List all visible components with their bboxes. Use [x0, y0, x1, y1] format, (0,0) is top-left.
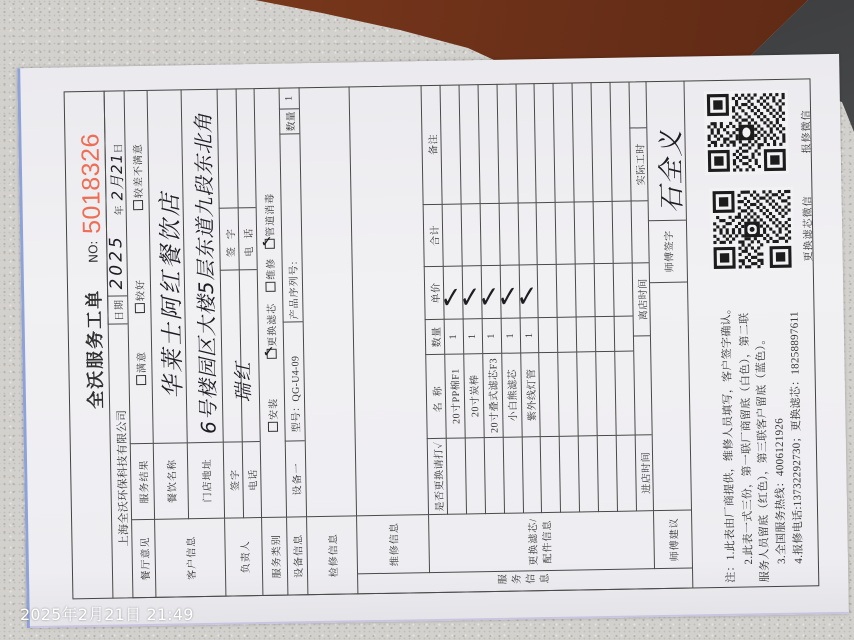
name-cell	[558, 352, 578, 436]
total-cell	[498, 204, 518, 266]
replace-cell	[446, 438, 466, 514]
contact-section-label: 负责人	[224, 518, 262, 597]
note-cell	[496, 84, 517, 204]
qty-cell: 1	[463, 319, 482, 354]
option-pipe-disinfection: ✓ 管道消毒	[261, 193, 277, 249]
unit-price-cell	[556, 265, 576, 318]
work-hours-value	[629, 81, 647, 128]
handwritten-contact-signature: 瑞红	[228, 360, 256, 402]
qty-cell	[614, 317, 633, 352]
leave-time-label: 离店时间	[632, 263, 650, 336]
option-label: 较差不满意	[129, 143, 145, 198]
store-address-value: 6号楼园区大楼5层东道九段东北角	[181, 89, 223, 444]
name-cell	[539, 353, 559, 437]
serial-number-label: NO:	[86, 241, 100, 264]
note-line-4: 3.全国服务热线：4006121926	[770, 418, 789, 564]
serial-number: 5018326	[76, 133, 107, 234]
checkbox-icon	[265, 282, 275, 292]
unit-price-cell	[575, 264, 595, 317]
arrive-time-label: 进店时间	[635, 435, 653, 511]
repair-value	[349, 85, 428, 516]
unit-price-cell: ✓	[518, 265, 538, 318]
total-cell	[517, 203, 537, 265]
header-qty: 数量	[425, 320, 445, 355]
arrive-time-value	[633, 336, 652, 435]
total-cell	[574, 202, 594, 264]
service-type-label: 服务类别	[261, 518, 287, 596]
total-cell	[555, 203, 575, 265]
replace-cell	[521, 437, 541, 513]
total-cell	[479, 204, 499, 266]
name-cell: 小白熊滤芯	[501, 353, 521, 437]
handwritten-store-address: 6号楼园区大楼5层东道九段东北角	[187, 112, 222, 434]
service-info-text: 服务信息	[497, 573, 553, 589]
name-cell: 紫外线灯管	[520, 353, 540, 437]
name-cell	[576, 352, 596, 436]
date-label: 日期	[107, 296, 127, 324]
name-cell: 20寸炭棒	[463, 354, 483, 438]
work-hours-label: 实际工时	[629, 128, 647, 201]
name-cell	[614, 352, 634, 436]
note-cell	[477, 84, 498, 204]
qty-cell: 1	[519, 318, 538, 353]
feedback-section-label: 餐厅意见	[131, 520, 155, 598]
header-replace: 是否更换请打✓	[427, 439, 447, 515]
parts-table: 是否更换请打✓ 名称 数量 单价 合计 备注 20寸PP棉F1 1 ✓ 20寸炭…	[421, 82, 636, 516]
option-install: 安装	[264, 398, 280, 432]
header-total: 合计	[423, 205, 443, 267]
technician-advice-label: 师傅建议	[653, 511, 692, 570]
qr-code-icon	[704, 90, 789, 175]
contact-sign-value-2	[217, 88, 238, 208]
total-cell	[612, 202, 632, 264]
contact-phone-label-2: 电话	[238, 208, 257, 270]
option-label: 维修	[262, 258, 277, 280]
technician-advice-value	[649, 283, 691, 512]
parts-section-label-line1: 更换滤芯/	[527, 518, 542, 566]
inspection-value	[299, 86, 356, 517]
replace-cell	[465, 438, 485, 514]
option-poor: 较差不满意	[129, 143, 145, 210]
note-cell	[534, 83, 555, 203]
parts-section-label-line2: 配件信息	[541, 519, 556, 563]
checkbox-icon: ✓	[266, 349, 276, 359]
device-model: 型号：QG-U4-09	[283, 322, 305, 441]
total-cell	[442, 204, 462, 266]
checkbox-icon	[267, 422, 277, 432]
note-cell	[515, 83, 536, 203]
day-unit: 日	[109, 142, 124, 153]
replace-cell	[597, 436, 617, 512]
name-cell	[595, 352, 615, 436]
qty-cell	[557, 318, 576, 353]
checkbox-icon	[136, 375, 146, 385]
work-order-paper: 全沃服务工单 NO: 5018326 上海全沃环保科技有限公司 日期 2025 …	[17, 54, 849, 628]
note-cell	[553, 83, 574, 203]
header-name: 名称	[425, 355, 445, 439]
option-good: 较好	[131, 279, 147, 313]
service-result-label: 服务结果	[130, 444, 154, 520]
handwritten-check-icon: ✓	[516, 279, 538, 315]
contact-phone-label: 电话	[242, 442, 261, 518]
replace-cell	[578, 436, 598, 512]
option-satisfied: 满意	[133, 351, 149, 385]
qty-cell	[576, 317, 595, 352]
repair-section-label: 维修信息	[356, 515, 429, 574]
check-mark-icon: ✓	[262, 342, 275, 360]
checkbox-icon	[134, 303, 144, 313]
leave-time-value	[631, 201, 649, 263]
note-cell	[440, 85, 461, 205]
option-repair: 维修	[262, 258, 278, 292]
qty-cell: 1	[481, 319, 500, 354]
unit-price-cell	[594, 264, 614, 317]
option-label: 更换滤芯	[263, 303, 279, 347]
inspection-section-label: 检修信息	[306, 516, 357, 595]
option-replace-filter: ✓ 更换滤芯	[263, 303, 279, 359]
qty-cell: 1	[500, 318, 519, 353]
option-label: 安装	[264, 398, 279, 420]
replace-cell	[540, 437, 560, 513]
qr-code-icon	[709, 187, 794, 272]
header-note: 备注	[421, 85, 442, 205]
photo-timestamp: 2025年2月21日 21:49	[20, 602, 194, 625]
note-cell	[610, 82, 631, 202]
form-title: 全沃服务工单	[80, 289, 108, 409]
check-mark-icon: ✓	[260, 232, 273, 250]
qty-cell: 1	[444, 319, 463, 354]
option-label: 管道消毒	[261, 193, 277, 237]
year-unit: 年	[111, 204, 126, 215]
note-cell	[591, 82, 612, 202]
device-section-label: 设备信息	[286, 517, 307, 595]
total-cell	[536, 203, 556, 265]
checkbox-icon: ✓	[264, 239, 274, 249]
total-cell	[461, 204, 481, 266]
parts-section-label: 更换滤芯/ 配件信息	[428, 511, 654, 573]
unit-price-cell	[537, 265, 557, 318]
device-quantity-value: 1	[279, 87, 299, 109]
unit-price-cell	[613, 264, 633, 317]
contact-phone-value-2	[236, 88, 256, 208]
name-cell: 20寸PP棉F1	[444, 354, 464, 438]
qr-caption-filter-wechat: 更换滤芯微信	[798, 186, 814, 270]
replace-cell	[616, 435, 636, 511]
handwritten-technician-signature: 石全义	[650, 129, 688, 214]
option-label: 满意	[133, 351, 148, 373]
note-cell	[458, 84, 479, 204]
qty-cell	[595, 317, 614, 352]
device-quantity-label: 数量	[279, 109, 299, 134]
contact-sign-label: 签字	[223, 442, 243, 518]
qty-cell	[538, 318, 557, 353]
total-cell	[593, 202, 613, 264]
note-cell	[572, 82, 593, 202]
device-name: 设备一	[285, 441, 306, 517]
technician-sign-label: 师傅签字	[648, 221, 687, 284]
store-address-label: 门店地址	[187, 443, 224, 520]
option-label: 较好	[131, 279, 146, 301]
qr-caption-repair-wechat: 报修微信	[797, 89, 813, 173]
contact-sign-label-2: 签字	[219, 208, 239, 270]
replace-cell	[502, 437, 522, 513]
name-cell: 20寸叠式滤芯F3	[482, 354, 502, 438]
replace-cell	[483, 438, 503, 514]
replace-cell	[559, 436, 579, 512]
checkbox-icon	[132, 200, 142, 210]
customer-section-label: 客户信息	[154, 519, 225, 598]
restaurant-name-label: 餐饮名称	[153, 443, 188, 520]
handwritten-year: 2025	[106, 234, 127, 290]
